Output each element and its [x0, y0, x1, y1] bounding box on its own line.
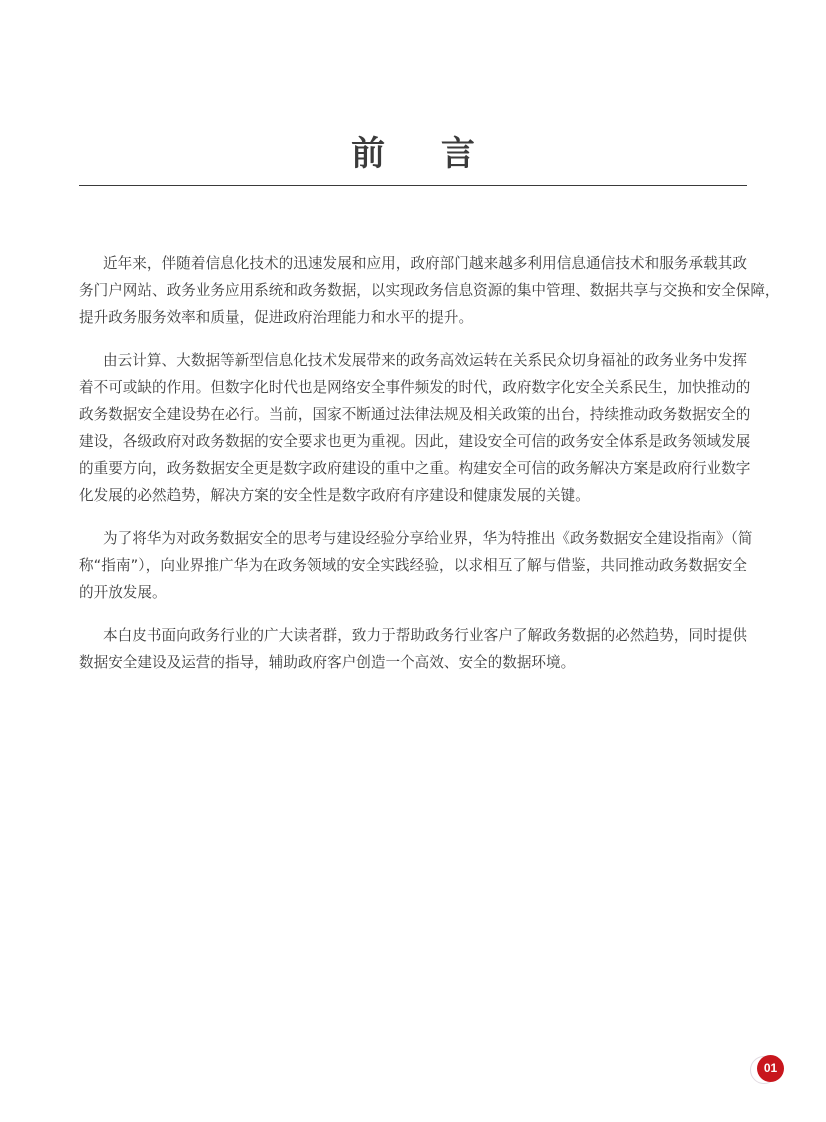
- paragraph-1: 近年来，伴随着信息化技术的迅速发展和应用，政府部门越来越多利用信息通信技术和服务…: [79, 250, 747, 331]
- paragraph-line: 提升政务服务效率和质量，促进政府治理能力和水平的提升。: [79, 304, 747, 331]
- paragraph-3: 为了将华为对政务数据安全的思考与建设经验分享给业界，华为特推出《政务数据安全建设…: [79, 525, 747, 606]
- paragraph-line: 政务数据安全建设势在必行。当前，国家不断通过法律法规及相关政策的出台，持续推动政…: [79, 401, 747, 428]
- page-number: 01: [757, 1055, 784, 1082]
- title-divider: [79, 185, 747, 186]
- paragraph-4: 本白皮书面向政务行业的广大读者群，致力于帮助政务行业客户了解政务数据的必然趋势，…: [79, 622, 747, 676]
- paragraph-line: 近年来，伴随着信息化技术的迅速发展和应用，政府部门越来越多利用信息通信技术和服务…: [79, 250, 747, 277]
- paragraph-line: 数据安全建设及运营的指导，辅助政府客户创造一个高效、安全的数据环境。: [79, 649, 747, 676]
- paragraph-line: 务门户网站、政务业务应用系统和政务数据，以实现政务信息资源的集中管理、数据共享与…: [79, 277, 747, 304]
- paragraph-line: 建设，各级政府对政务数据的安全要求也更为重视。因此，建设安全可信的政务安全体系是…: [79, 428, 747, 455]
- paragraph-line: 由云计算、大数据等新型信息化技术发展带来的政务高效运转在关系民众切身福祉的政务业…: [79, 347, 747, 374]
- paragraph-line: 称“指南”），向业界推广华为在政务领域的安全实践经验，以求相互了解与借鉴，共同推…: [79, 552, 747, 579]
- paragraph-line: 着不可或缺的作用。但数字化时代也是网络安全事件频发的时代，政府数字化安全关系民生…: [79, 374, 747, 401]
- page-title: 前 言: [0, 132, 826, 176]
- paragraph-2: 由云计算、大数据等新型信息化技术发展带来的政务高效运转在关系民众切身福祉的政务业…: [79, 347, 747, 509]
- preface-body: 近年来，伴随着信息化技术的迅速发展和应用，政府部门越来越多利用信息通信技术和服务…: [79, 250, 747, 692]
- paragraph-line: 本白皮书面向政务行业的广大读者群，致力于帮助政务行业客户了解政务数据的必然趋势，…: [79, 622, 747, 649]
- page-number-badge: 01: [750, 1055, 784, 1085]
- paragraph-line: 化发展的必然趋势，解决方案的安全性是数字政府有序建设和健康发展的关键。: [79, 482, 747, 509]
- paragraph-line: 的重要方向，政务数据安全更是数字政府建设的重中之重。构建安全可信的政务解决方案是…: [79, 455, 747, 482]
- paragraph-line: 的开放发展。: [79, 579, 747, 606]
- paragraph-line: 为了将华为对政务数据安全的思考与建设经验分享给业界，华为特推出《政务数据安全建设…: [79, 525, 747, 552]
